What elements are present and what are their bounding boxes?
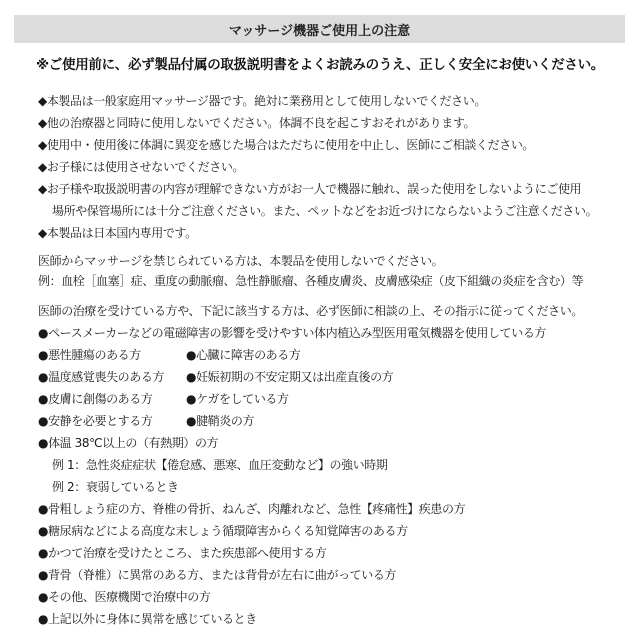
consult-item: ●その他、医療機関で治療中の方 [38, 588, 210, 605]
consult-example: 例 1：急性炎症症状【倦怠感、悪寒、血圧変動など】の強い時期 [52, 456, 387, 473]
precaution-item: ◆お子様には使用させないでください。 [38, 158, 244, 175]
consult-item: ●ケガをしている方 [186, 390, 289, 407]
section-title: マッサージ機器ご使用上の注意 [229, 20, 410, 39]
consult-item: ●悪性腫瘍のある方 [38, 346, 141, 363]
precaution-item: ◆本製品は日本国内専用です。 [38, 224, 197, 241]
consult-item: ●安静を必要とする方 [38, 412, 152, 429]
consult-intro: 医師の治療を受けている方や、下記に該当する方は、必ず医師に相談の上、その指示に従… [38, 302, 583, 319]
prohibited-example: 例：血栓［血塞］症、重度の動脈瘤、急性静脈瘤、各種皮膚炎、皮膚感染症（皮下組織の… [38, 272, 583, 289]
consult-item: ●上記以外に身体に異常を感じているとき [38, 610, 257, 627]
consult-item: ●心臓に障害のある方 [186, 346, 300, 363]
precaution-item-continued: 場所や保管場所には十分ご注意ください。また、ペットなどをお近づけにならないようご… [52, 202, 597, 219]
precaution-item: ◆他の治療器と同時に使用しないでください。体調不良を起こすおそれがあります。 [38, 114, 475, 131]
consult-item: ●腱鞘炎の方 [186, 412, 254, 429]
consult-item: ●皮膚に創傷のある方 [38, 390, 152, 407]
consult-item: ●糖尿病などによる高度な末しょう循環障害からくる知覚障害のある方 [38, 522, 408, 539]
consult-item: ●背骨（脊椎）に異常のある方、または背骨が左右に曲がっている方 [38, 566, 396, 583]
precaution-item: ◆本製品は一般家庭用マッサージ器です。絶対に業務用として使用しないでください。 [38, 92, 486, 109]
precaution-item: ◆使用中・使用後に体調に異変を感じた場合はただちに使用を中止し、医師にご相談くだ… [38, 136, 534, 153]
consult-item: ●温度感覚喪失のある方 [38, 368, 164, 385]
consult-item: ●骨粗しょう症の方、脊椎の骨折、ねんざ、肉離れなど、急性【疼痛性】疾患の方 [38, 500, 465, 517]
consult-item: ●ペースメーカーなどの電磁障害の影響を受けやすい体内植込み型医用電気機器を使用し… [38, 324, 546, 341]
section-header: マッサージ機器ご使用上の注意 [14, 15, 625, 43]
consult-item: ●かつて治療を受けたところ、また疾患部へ使用する方 [38, 544, 326, 561]
precaution-item: ◆お子様や取扱説明書の内容が理解できない方がお一人で機器に触れ、誤った使用をしな… [38, 180, 581, 197]
prohibited-intro: 医師からマッサージを禁じられている方は、本製品を使用しないでください。 [38, 252, 443, 269]
consult-example: 例 2：衰弱しているとき [52, 478, 179, 495]
consult-item: ●体温 38℃以上の（有熱期）の方 [38, 434, 218, 451]
consult-item: ●妊娠初期の不安定期又は出産直後の方 [186, 368, 393, 385]
important-notice: ※ご使用前に、必ず製品付属の取扱説明書をよくお読みのうえ、正しく安全にお使いくだ… [0, 53, 640, 73]
